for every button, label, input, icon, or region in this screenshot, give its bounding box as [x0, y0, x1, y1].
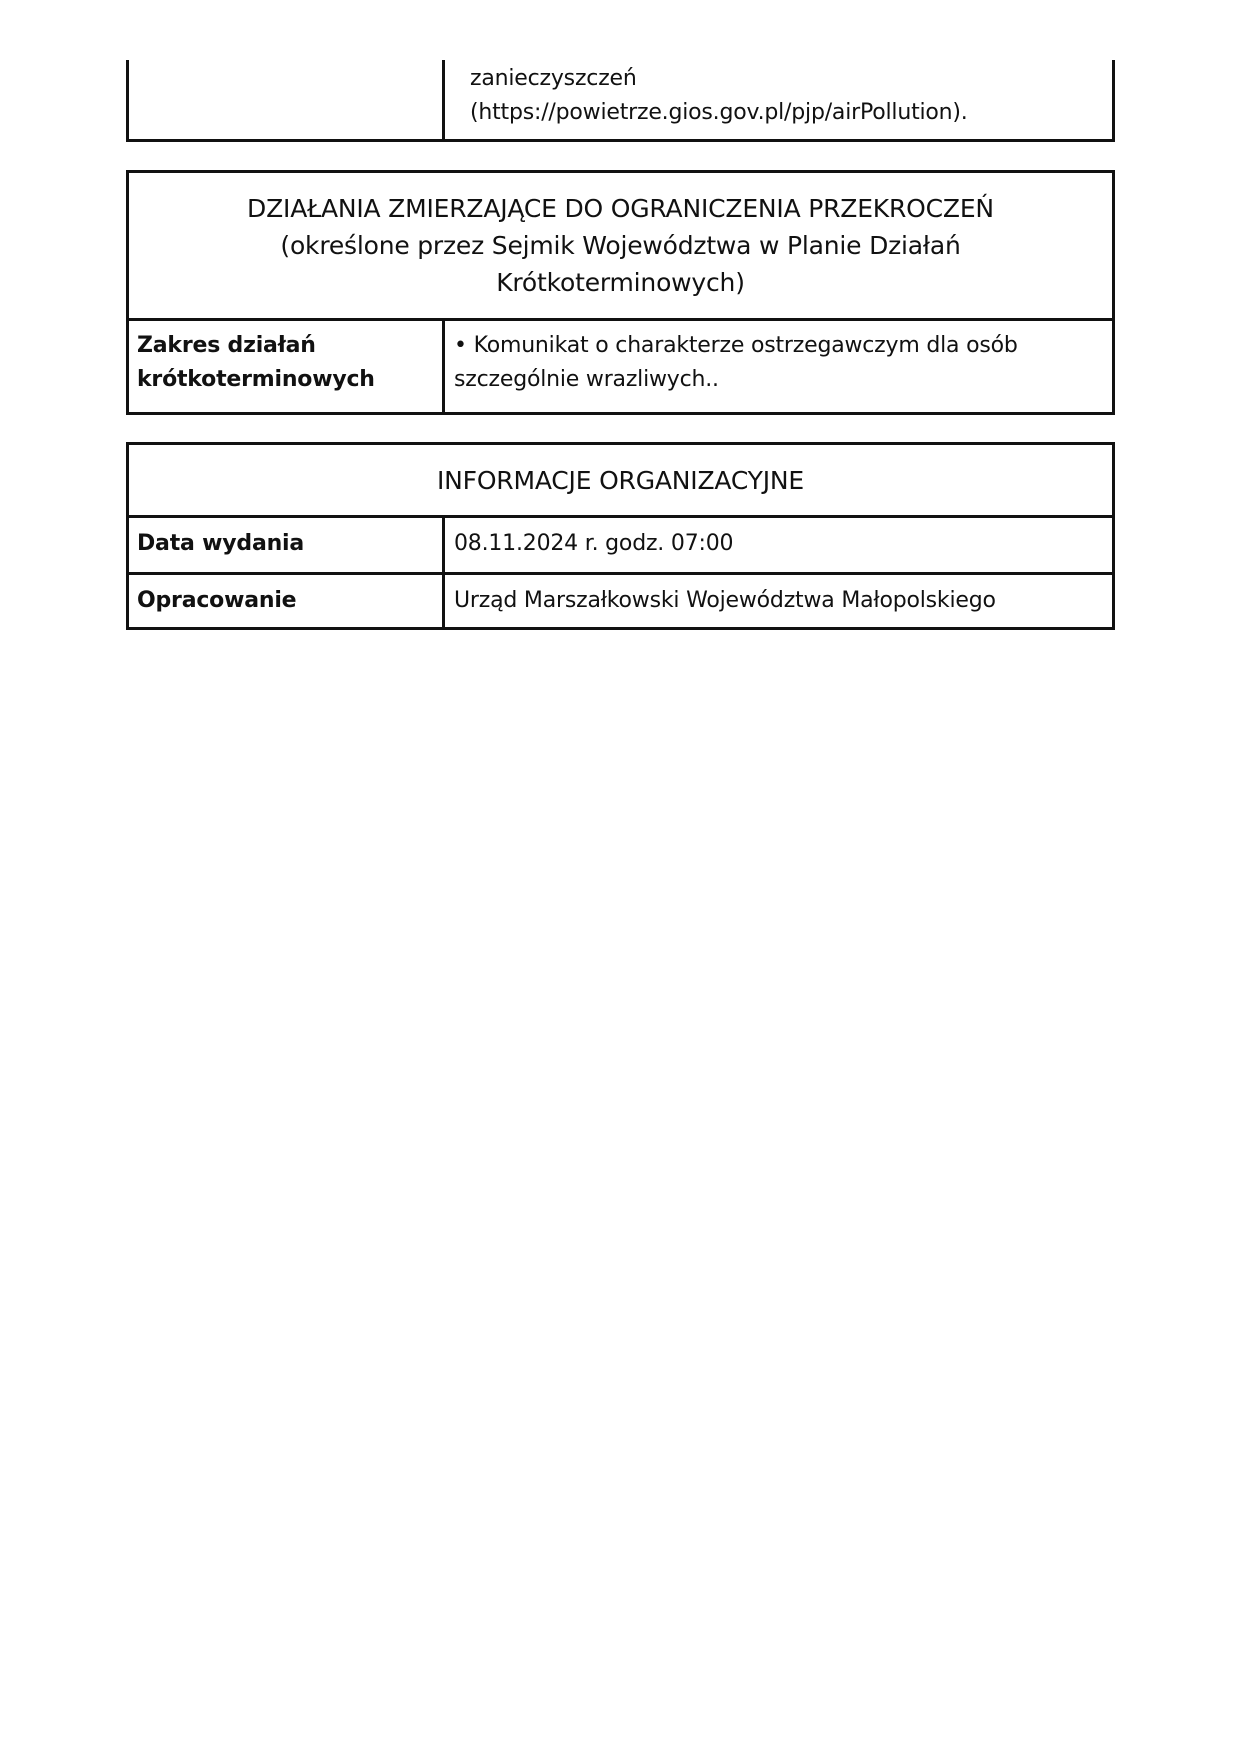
- organization-table: INFORMACJE ORGANIZACYJNE Data wydania 08…: [126, 442, 1115, 630]
- continuation-label-cell: [129, 60, 445, 139]
- table-row: Zakres działań krótkoterminowych • Komun…: [129, 321, 1112, 415]
- short-term-actions-label: Zakres działań krótkoterminowych: [129, 321, 445, 415]
- continuation-value-line: zanieczyszczeń: [470, 62, 1104, 96]
- table-row: Opracowanie Urząd Marszałkowski Wojewódz…: [129, 575, 1112, 630]
- issue-date-label: Data wydania: [129, 518, 445, 572]
- issue-date-value: 08.11.2024 r. godz. 07:00: [445, 518, 1112, 572]
- actions-title: DZIAŁANIA ZMIERZAJĄCE DO OGRANICZENIA PR…: [247, 190, 994, 227]
- continuation-value-cell: zanieczyszczeń (https://powietrze.gios.g…: [445, 60, 1112, 139]
- organization-title: INFORMACJE ORGANIZACYJNE: [437, 462, 804, 499]
- actions-subtitle-line-2: Krótkoterminowych): [247, 264, 994, 301]
- air-pollution-url: (https://powietrze.gios.gov.pl/pjp/airPo…: [470, 96, 1104, 130]
- short-term-actions-value: • Komunikat o charakterze ostrzegawczym …: [445, 321, 1112, 415]
- actions-table: DZIAŁANIA ZMIERZAJĄCE DO OGRANICZENIA PR…: [126, 170, 1115, 415]
- continuation-table: zanieczyszczeń (https://powietrze.gios.g…: [126, 60, 1115, 142]
- table-row: Data wydania 08.11.2024 r. godz. 07:00: [129, 518, 1112, 575]
- actions-table-header: DZIAŁANIA ZMIERZAJĄCE DO OGRANICZENIA PR…: [129, 173, 1112, 321]
- prepared-by-value: Urząd Marszałkowski Województwa Małopols…: [445, 575, 1112, 630]
- prepared-by-label: Opracowanie: [129, 575, 445, 630]
- organization-table-header: INFORMACJE ORGANIZACYJNE: [129, 445, 1112, 518]
- actions-subtitle-line-1: (określone przez Sejmik Województwa w Pl…: [247, 227, 994, 264]
